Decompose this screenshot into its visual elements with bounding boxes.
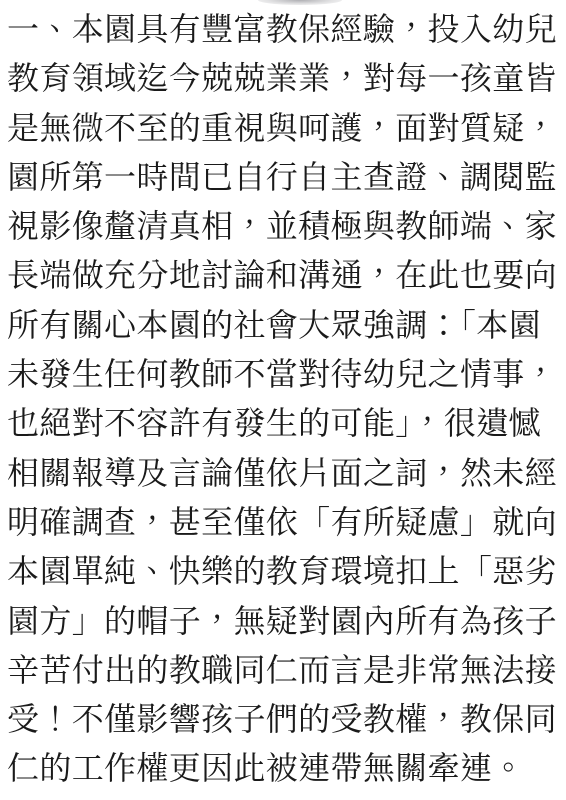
text-line: 一、本園具有豐富教保經驗，投入幼兒 [7, 5, 561, 54]
text-line: 相關報導及言論僅依片面之詞，然未經 [7, 449, 561, 498]
text-line: 園方」的帽子，無疑對園內所有為孩子 [7, 597, 561, 646]
text-line: 視影像釐清真相，並積極與教師端、家 [7, 202, 561, 251]
text-line: 辛苦付出的教職同仁而言是非常無法接 [7, 646, 561, 695]
text-line: 所有關心本園的社會大眾強調：「本園 [7, 301, 561, 350]
text-line: 教育領域迄今兢兢業業，對每一孩童皆 [7, 54, 561, 103]
text-line: 是無微不至的重視與呵護，面對質疑， [7, 104, 561, 153]
article-body: 一、本園具有豐富教保經驗，投入幼兒 教育領域迄今兢兢業業，對每一孩童皆 是無微不… [7, 5, 561, 794]
text-line: 未發生任何教師不當對待幼兒之情事， [7, 350, 561, 399]
text-line: 受！不僅影響孩子們的受教權，教保同 [7, 695, 561, 744]
text-line: 園所第一時間已自行自主查證、調閱監 [7, 153, 561, 202]
text-line: 仁的工作權更因此被連帶無關牽連。 [7, 744, 561, 793]
text-line: 明確調查，甚至僅依「有所疑慮」就向 [7, 498, 561, 547]
page-background: { "page": { "background_color": "#ffffff… [0, 0, 566, 800]
text-line: 長端做充分地討論和溝通，在此也要向 [7, 251, 561, 300]
text-line: 本園單純、快樂的教育環境扣上「惡劣 [7, 547, 561, 596]
text-line: 也絕對不容許有發生的可能」，很遺憾 [7, 399, 561, 448]
